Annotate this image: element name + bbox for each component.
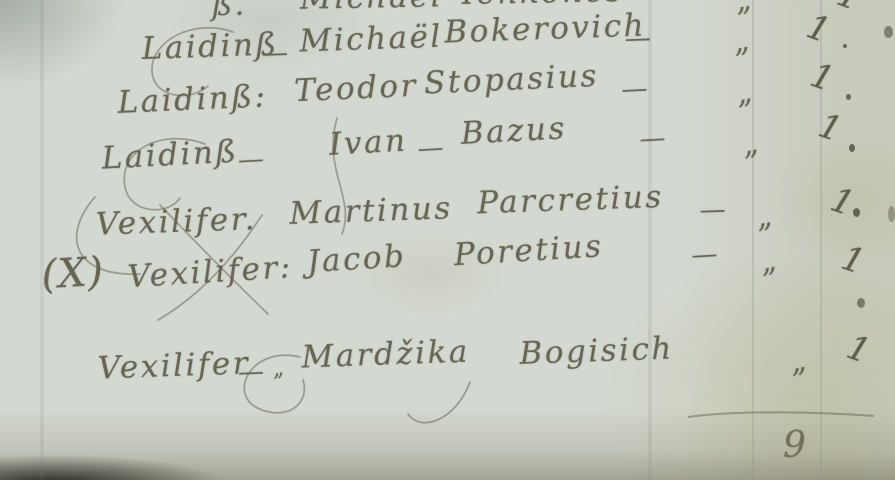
surname: Bogisich xyxy=(519,330,675,371)
dash: — xyxy=(237,144,265,175)
sum-line xyxy=(688,412,874,417)
surname: Bazus xyxy=(460,110,568,151)
given-name: Mardžika xyxy=(301,334,471,376)
given-name: Ivan xyxy=(328,123,408,163)
dash: — xyxy=(639,123,667,154)
manuscript-photo: ß. Michael — Ienkones — „ — 1 Laidinß — … xyxy=(0,0,895,480)
ink-speck xyxy=(853,208,860,217)
rank-label: Laidinß: xyxy=(117,78,268,121)
ditto-mark: „ xyxy=(739,125,763,163)
given-name: Teodor xyxy=(294,68,419,109)
rank-label: Laidinß xyxy=(141,26,279,67)
x-mark: (X) xyxy=(40,249,105,299)
surname: Bokerovich xyxy=(444,7,647,50)
given-name: Michaël xyxy=(299,19,443,60)
ink-speck xyxy=(884,26,893,38)
surname: Poretius xyxy=(453,228,605,273)
dash: — xyxy=(417,133,445,164)
ditto-mark: „ xyxy=(787,343,811,381)
ink-speck xyxy=(849,144,855,152)
ink-speck xyxy=(857,298,865,308)
register-row-7: Vexilifer — „ Mardžika Bogisich „ 1 xyxy=(0,315,895,408)
dash: — xyxy=(261,38,288,69)
ink-speck xyxy=(888,206,895,222)
surname: Stopasius xyxy=(423,58,599,102)
rank-label: Vexilifer xyxy=(97,345,250,386)
page-total: 9 xyxy=(783,425,806,466)
dash: — xyxy=(624,23,651,54)
ink-speck xyxy=(846,94,851,100)
dash: — xyxy=(237,357,264,388)
given-name: Jacob xyxy=(306,238,407,280)
ditto-mark: „ xyxy=(270,355,288,382)
dash: — xyxy=(691,239,719,271)
rank-label: Laidinß xyxy=(101,134,240,177)
given-name: Martinus xyxy=(289,190,453,232)
dash: — xyxy=(428,0,455,13)
count-tally: 1 xyxy=(841,327,877,373)
ink-speck xyxy=(843,44,847,48)
rank-label: Vexilifer. xyxy=(95,201,257,243)
ditto-mark: „ xyxy=(757,243,782,281)
surname: Parcretius xyxy=(477,179,665,221)
rank-label: Vexilifer: xyxy=(127,249,294,295)
count-tally: 1 xyxy=(836,238,872,284)
dash: — xyxy=(621,74,648,105)
count-tally: 1 xyxy=(813,106,849,152)
